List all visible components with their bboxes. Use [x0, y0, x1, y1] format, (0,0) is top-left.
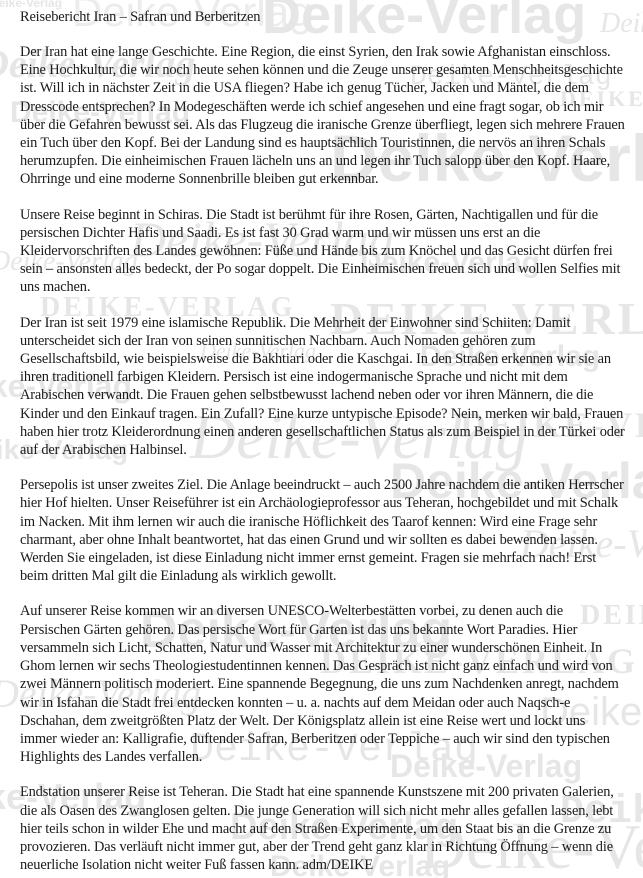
paragraph-schiras: Unsere Reise beginnt in Schiras. Die Sta… [20, 206, 625, 297]
paragraph-republic: Der Iran ist seit 1979 eine islamische R… [20, 314, 625, 460]
document-title: Reisebericht Iran – Safran und Berberitz… [20, 8, 625, 26]
document-body: Reisebericht Iran – Safran und Berberitz… [0, 0, 643, 874]
paragraph-unesco: Auf unserer Reise kommen wir an diversen… [20, 602, 625, 766]
paragraph-teheran: Endstation unserer Reise ist Teheran. Di… [20, 783, 625, 874]
paragraph-persepolis: Persepolis ist unser zweites Ziel. Die A… [20, 476, 625, 585]
paragraph-intro: Der Iran hat eine lange Geschichte. Eine… [20, 43, 625, 189]
